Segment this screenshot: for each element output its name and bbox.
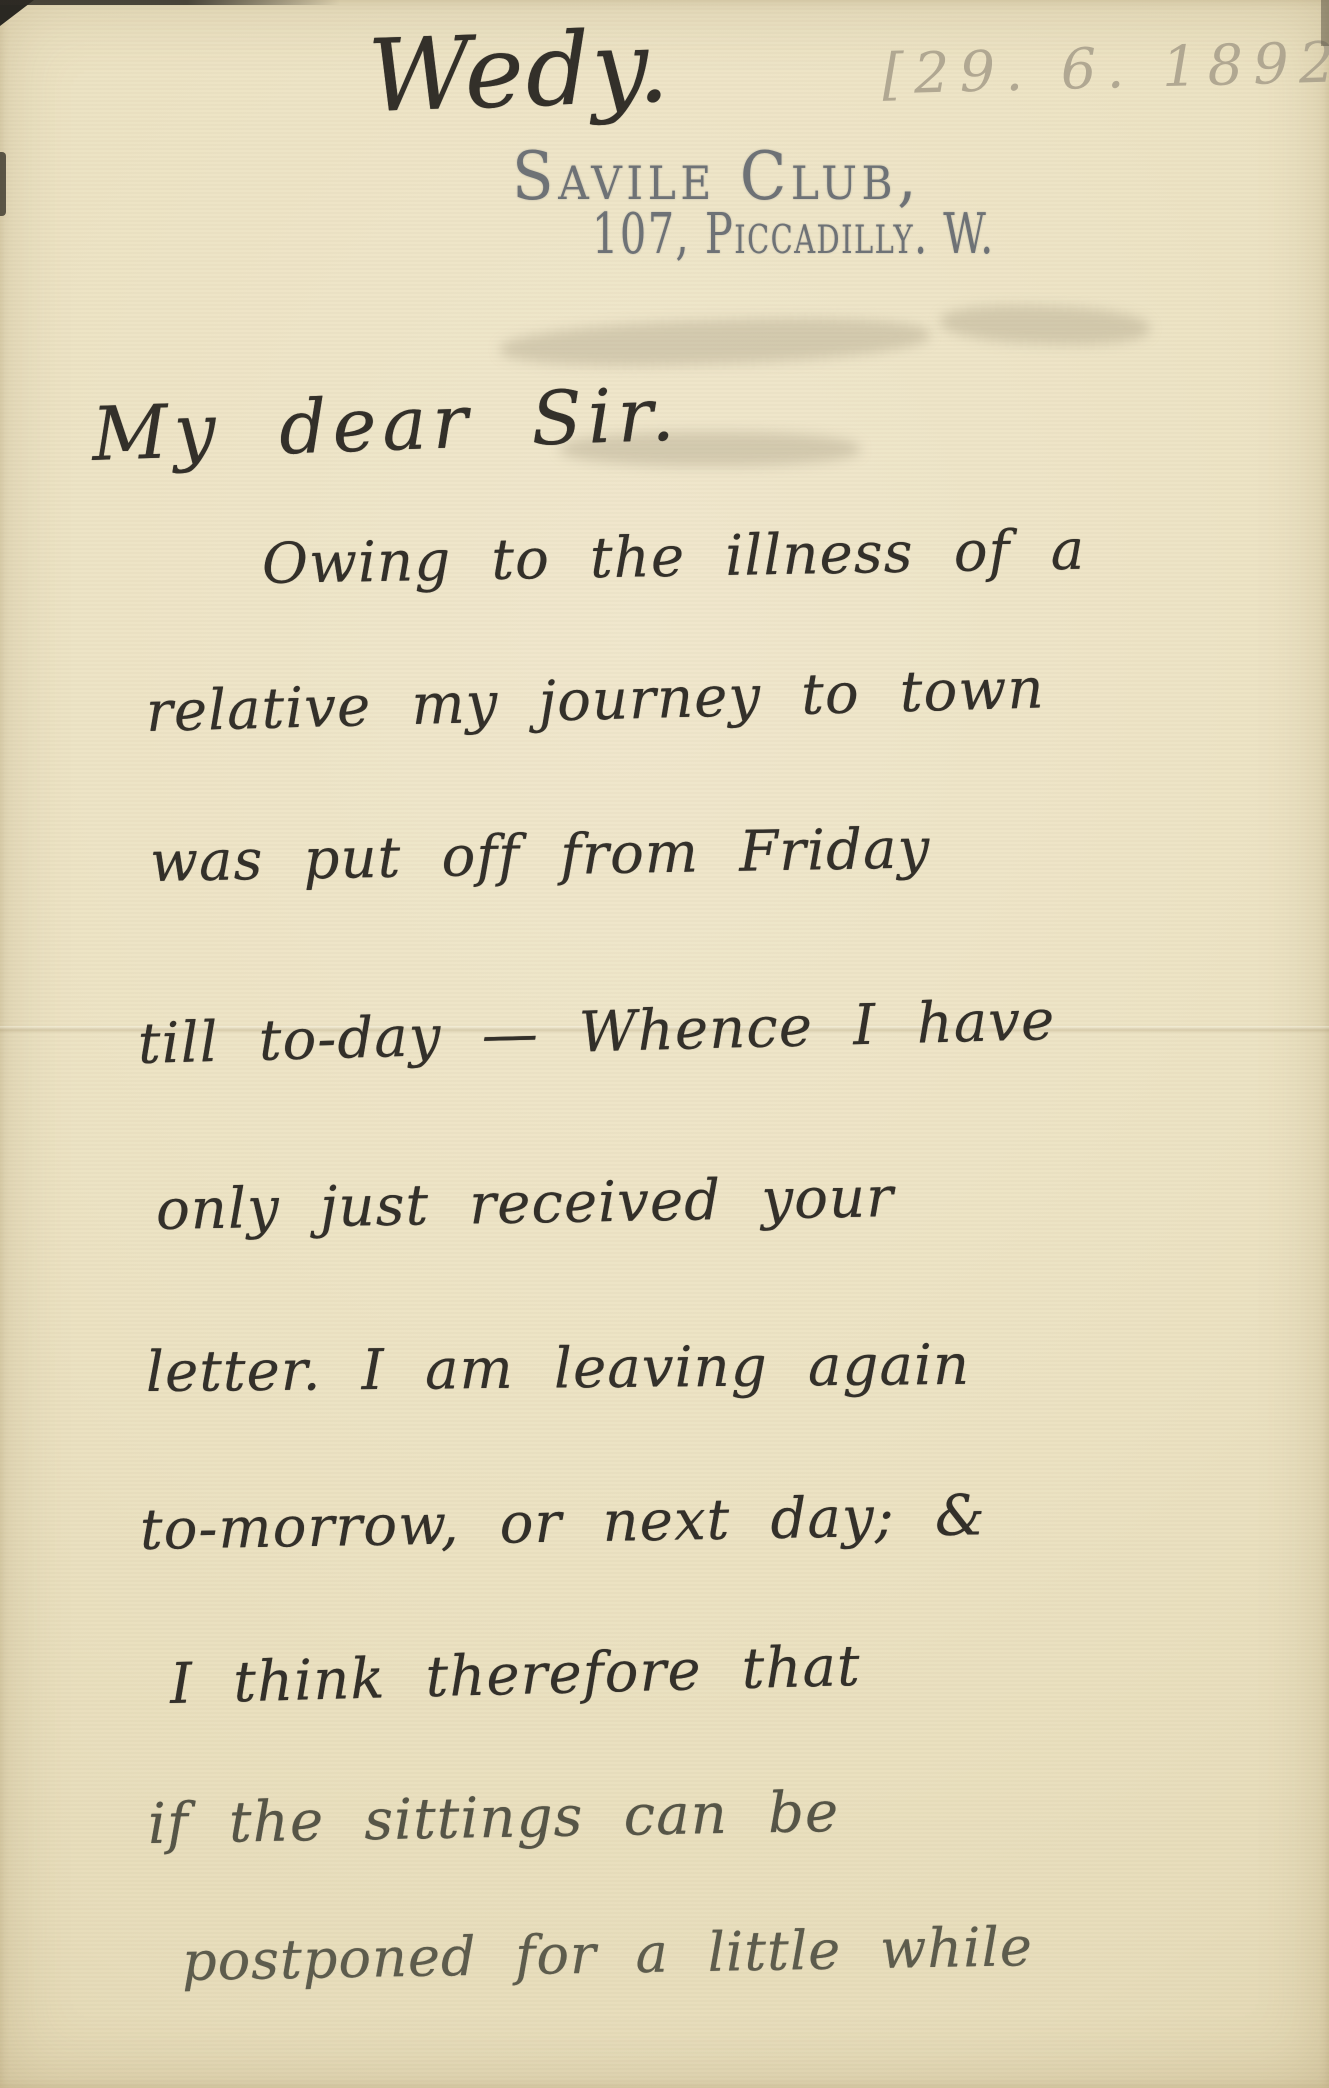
scan-edge-artifact	[0, 152, 6, 216]
body-line: relative my journey to town	[145, 656, 1045, 745]
body-line: till to-day — Whence I have	[137, 988, 1056, 1077]
body-line: letter. I am leaving again	[146, 1333, 971, 1405]
scan-edge-artifact	[0, 0, 340, 5]
scan-edge-artifact	[1321, 0, 1329, 46]
letterhead-address: 107, Piccadilly. W.	[592, 202, 995, 267]
pencil-date-annotation: [29. 6. 1892]	[881, 30, 1329, 108]
handwritten-dateline: Wedy.	[366, 7, 673, 134]
body-line: only just received your	[155, 1165, 894, 1243]
body-line: Owing to the illness of a	[261, 518, 1085, 597]
body-line: was put off from Friday	[149, 816, 930, 895]
bleed-through-mark	[939, 302, 1150, 347]
salutation: My dear Sir.	[90, 371, 681, 477]
letter-page: Wedy. [29. 6. 1892] Savile Club, 107, Pi…	[0, 0, 1329, 2088]
body-line: I think therefore that	[169, 1634, 861, 1717]
body-line: postponed for a little while	[181, 1915, 1033, 1993]
body-line: if the sittings can be	[147, 1780, 839, 1857]
bleed-through-mark	[499, 313, 930, 372]
body-line: to-morrow, or next day; &	[139, 1483, 986, 1563]
